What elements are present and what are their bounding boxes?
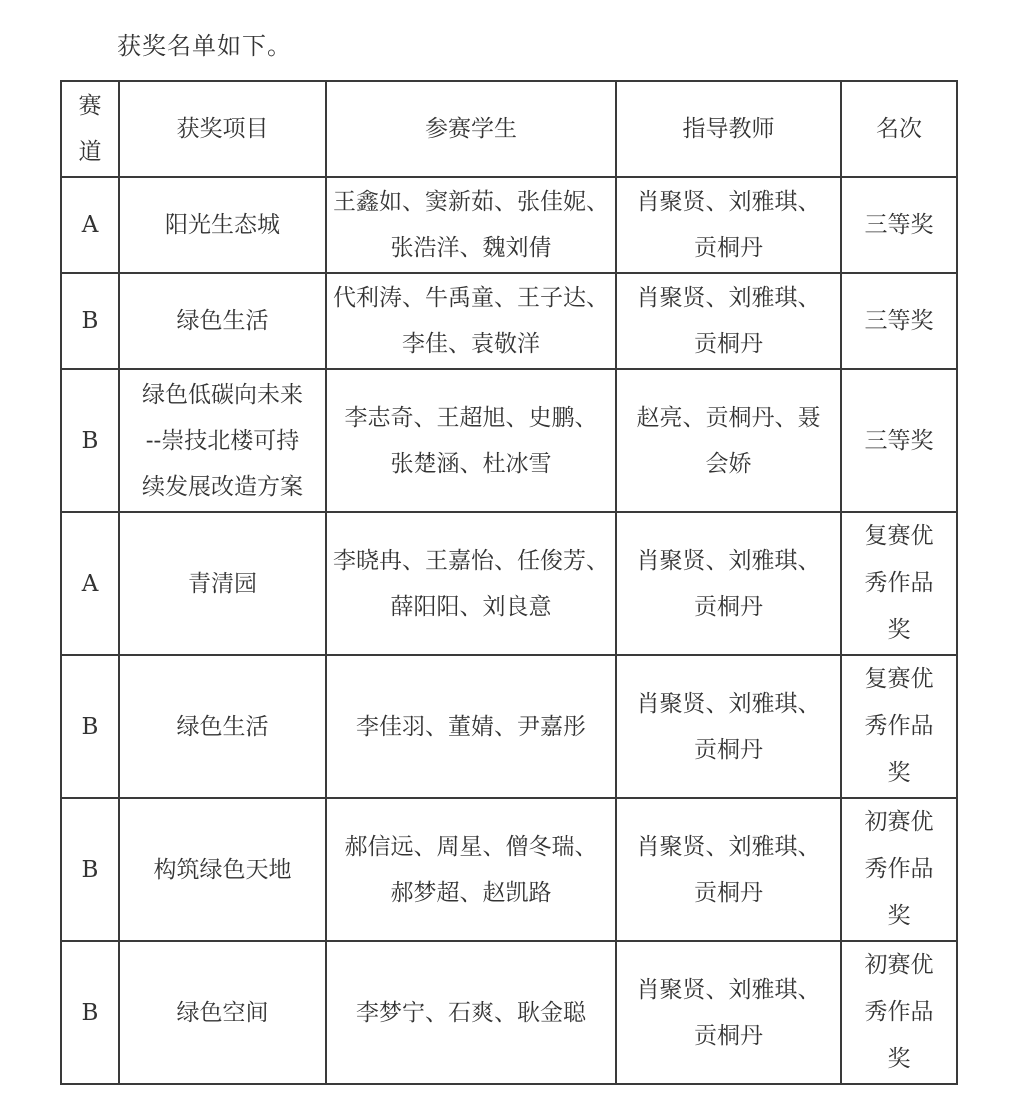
cell-teachers: 肖聚贤、刘雅琪、 贡桐丹 <box>616 941 841 1084</box>
cell-students: 王鑫如、窦新茹、张佳妮、 张浩洋、魏刘倩 <box>326 177 616 273</box>
cell-students-line: 薛阳阳、刘良意 <box>333 584 609 630</box>
cell-students: 李佳羽、董婧、尹嘉彤 <box>326 655 616 798</box>
cell-track: B <box>61 273 119 369</box>
header-teachers: 指导教师 <box>616 81 841 177</box>
cell-teachers-line: 贡桐丹 <box>623 321 834 367</box>
cell-teachers-line: 贡桐丹 <box>623 584 834 630</box>
cell-rank-line: 秀作品 <box>848 989 950 1036</box>
cell-project: 青清园 <box>119 512 326 655</box>
table-row: B 绿色空间 李梦宁、石爽、耿金聪 肖聚贤、刘雅琪、 贡桐丹 初赛优 秀作品 奖 <box>61 941 957 1084</box>
intro-text: 获奖名单如下。 <box>117 28 292 64</box>
cell-teachers: 肖聚贤、刘雅琪、 贡桐丹 <box>616 273 841 369</box>
cell-rank-line: 三等奖 <box>848 202 950 248</box>
cell-students-line: 李志奇、王超旭、史鹏、 <box>333 395 609 441</box>
cell-teachers-line: 肖聚贤、刘雅琪、 <box>623 681 834 727</box>
cell-rank-line: 秀作品 <box>848 703 950 750</box>
cell-students-line: 代利涛、牛禹童、王子达、 <box>333 275 609 321</box>
cell-teachers-line: 赵亮、贡桐丹、聂 <box>623 395 834 441</box>
cell-rank-line: 奖 <box>848 1036 950 1083</box>
cell-project-line: 绿色空间 <box>126 990 319 1036</box>
table-row: A 阳光生态城 王鑫如、窦新茹、张佳妮、 张浩洋、魏刘倩 肖聚贤、刘雅琪、 贡桐… <box>61 177 957 273</box>
cell-students-line: 张浩洋、魏刘倩 <box>333 225 609 271</box>
cell-project-line: 阳光生态城 <box>126 202 319 248</box>
cell-teachers-line: 贡桐丹 <box>623 727 834 773</box>
cell-teachers: 赵亮、贡桐丹、聂 会娇 <box>616 369 841 512</box>
cell-students: 李志奇、王超旭、史鹏、 张楚涵、杜冰雪 <box>326 369 616 512</box>
cell-students-line: 李晓冉、王嘉怡、任俊芳、 <box>333 538 609 584</box>
cell-project-line: 青清园 <box>126 561 319 607</box>
cell-track: B <box>61 369 119 512</box>
cell-teachers-line: 肖聚贤、刘雅琪、 <box>623 967 834 1013</box>
cell-teachers: 肖聚贤、刘雅琪、 贡桐丹 <box>616 798 841 941</box>
cell-track: B <box>61 941 119 1084</box>
awards-table: 赛 道 获奖项目 参赛学生 指导教师 名次 A 阳光生态城 王鑫如、窦新茹、张佳… <box>60 80 958 1085</box>
cell-rank: 三等奖 <box>841 177 957 273</box>
cell-rank-line: 复赛优 <box>848 656 950 703</box>
cell-students-line: 郝梦超、赵凯路 <box>333 870 609 916</box>
cell-students-line: 郝信远、周星、僧冬瑞、 <box>333 824 609 870</box>
header-track-line: 道 <box>68 129 112 175</box>
cell-teachers-line: 肖聚贤、刘雅琪、 <box>623 538 834 584</box>
header-track-line: 赛 <box>68 83 112 129</box>
cell-rank-line: 奖 <box>848 893 950 940</box>
cell-teachers-line: 肖聚贤、刘雅琪、 <box>623 179 834 225</box>
cell-rank-line: 初赛优 <box>848 799 950 846</box>
table-row: B 绿色低碳向未来 --崇技北楼可持 续发展改造方案 李志奇、王超旭、史鹏、 张… <box>61 369 957 512</box>
cell-rank-line: 初赛优 <box>848 942 950 989</box>
cell-project-line: 构筑绿色天地 <box>126 847 319 893</box>
table-row: B 绿色生活 代利涛、牛禹童、王子达、 李佳、袁敬洋 肖聚贤、刘雅琪、 贡桐丹 … <box>61 273 957 369</box>
cell-teachers-line: 贡桐丹 <box>623 225 834 271</box>
cell-teachers-line: 肖聚贤、刘雅琪、 <box>623 275 834 321</box>
cell-project: 绿色生活 <box>119 273 326 369</box>
cell-rank: 初赛优 秀作品 奖 <box>841 798 957 941</box>
cell-rank-line: 奖 <box>848 750 950 797</box>
cell-rank-line: 秀作品 <box>848 560 950 607</box>
cell-project: 构筑绿色天地 <box>119 798 326 941</box>
cell-students: 郝信远、周星、僧冬瑞、 郝梦超、赵凯路 <box>326 798 616 941</box>
cell-students-line: 张楚涵、杜冰雪 <box>333 441 609 487</box>
cell-rank-line: 三等奖 <box>848 418 950 464</box>
cell-teachers-line: 贡桐丹 <box>623 1013 834 1059</box>
header-track: 赛 道 <box>61 81 119 177</box>
cell-project: 绿色空间 <box>119 941 326 1084</box>
cell-students: 李梦宁、石爽、耿金聪 <box>326 941 616 1084</box>
cell-track: A <box>61 512 119 655</box>
cell-project-line: 绿色低碳向未来 <box>126 372 319 418</box>
cell-teachers-line: 贡桐丹 <box>623 870 834 916</box>
cell-teachers: 肖聚贤、刘雅琪、 贡桐丹 <box>616 512 841 655</box>
cell-students-line: 李佳羽、董婧、尹嘉彤 <box>333 704 609 750</box>
cell-rank: 初赛优 秀作品 奖 <box>841 941 957 1084</box>
cell-project: 绿色低碳向未来 --崇技北楼可持 续发展改造方案 <box>119 369 326 512</box>
cell-students-line: 王鑫如、窦新茹、张佳妮、 <box>333 179 609 225</box>
cell-track: A <box>61 177 119 273</box>
cell-teachers-line: 会娇 <box>623 441 834 487</box>
cell-project-line: 绿色生活 <box>126 298 319 344</box>
cell-rank-line: 复赛优 <box>848 513 950 560</box>
cell-project-line: 绿色生活 <box>126 704 319 750</box>
cell-project-line: --崇技北楼可持 <box>126 418 319 464</box>
cell-rank: 三等奖 <box>841 273 957 369</box>
cell-project-line: 续发展改造方案 <box>126 464 319 510</box>
cell-students: 李晓冉、王嘉怡、任俊芳、 薛阳阳、刘良意 <box>326 512 616 655</box>
cell-rank-line: 三等奖 <box>848 298 950 344</box>
table-row: A 青清园 李晓冉、王嘉怡、任俊芳、 薛阳阳、刘良意 肖聚贤、刘雅琪、 贡桐丹 … <box>61 512 957 655</box>
cell-students-line: 李佳、袁敬洋 <box>333 321 609 367</box>
cell-rank-line: 奖 <box>848 607 950 654</box>
table-header-row: 赛 道 获奖项目 参赛学生 指导教师 名次 <box>61 81 957 177</box>
header-students: 参赛学生 <box>326 81 616 177</box>
header-project: 获奖项目 <box>119 81 326 177</box>
cell-rank: 三等奖 <box>841 369 957 512</box>
cell-rank: 复赛优 秀作品 奖 <box>841 512 957 655</box>
table-row: B 构筑绿色天地 郝信远、周星、僧冬瑞、 郝梦超、赵凯路 肖聚贤、刘雅琪、 贡桐… <box>61 798 957 941</box>
header-rank: 名次 <box>841 81 957 177</box>
table-row: B 绿色生活 李佳羽、董婧、尹嘉彤 肖聚贤、刘雅琪、 贡桐丹 复赛优 秀作品 奖 <box>61 655 957 798</box>
cell-students-line: 李梦宁、石爽、耿金聪 <box>333 990 609 1036</box>
cell-rank-line: 秀作品 <box>848 846 950 893</box>
cell-teachers: 肖聚贤、刘雅琪、 贡桐丹 <box>616 655 841 798</box>
cell-students: 代利涛、牛禹童、王子达、 李佳、袁敬洋 <box>326 273 616 369</box>
cell-track: B <box>61 798 119 941</box>
cell-project: 绿色生活 <box>119 655 326 798</box>
cell-track: B <box>61 655 119 798</box>
cell-teachers-line: 肖聚贤、刘雅琪、 <box>623 824 834 870</box>
cell-teachers: 肖聚贤、刘雅琪、 贡桐丹 <box>616 177 841 273</box>
cell-project: 阳光生态城 <box>119 177 326 273</box>
cell-rank: 复赛优 秀作品 奖 <box>841 655 957 798</box>
